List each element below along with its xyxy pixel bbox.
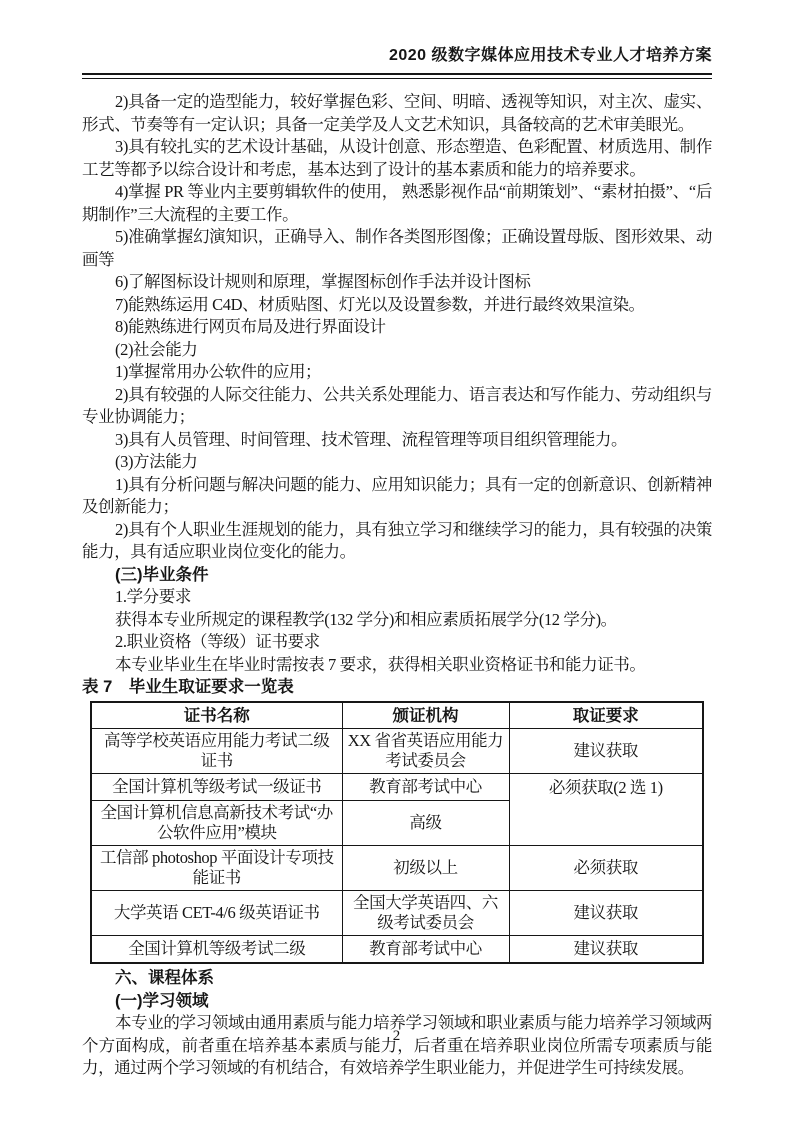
- certificates-table: 证书名称 颁证机构 取证要求 高等学校英语应用能力考试二级证书 XX 省省英语应…: [90, 701, 704, 964]
- cell-certificate-name: 高等学校英语应用能力考试二级证书: [91, 729, 342, 774]
- table-row: 全国计算机等级考试二级 教育部考试中心 建议获取: [91, 936, 703, 964]
- paragraph: 2)具有较强的人际交往能力、公共关系处理能力、语言表达和写作能力、劳动组织与专业…: [82, 384, 712, 429]
- cell-issuer: 高级: [342, 801, 509, 846]
- cell-requirement-merged: 必须获取(2 选 1): [509, 774, 703, 846]
- table-header-row: 证书名称 颁证机构 取证要求: [91, 702, 703, 729]
- cell-certificate-name: 大学英语 CET-4/6 级英语证书: [91, 891, 342, 936]
- table-header-cell-certificate-name: 证书名称: [91, 702, 342, 729]
- subsection-label: (2)社会能力: [82, 339, 712, 362]
- cell-issuer: 教育部考试中心: [342, 774, 509, 801]
- paragraph: 3)具有较扎实的艺术设计基础，从设计创意、形态塑造、色彩配置、材质选用、制作工艺…: [82, 136, 712, 181]
- paragraph: 8)能熟练进行网页布局及进行界面设计: [82, 316, 712, 339]
- cell-issuer: 全国大学英语四、六级考试委员会: [342, 891, 509, 936]
- cell-requirement: 建议获取: [509, 891, 703, 936]
- paragraph: 7)能熟练运用 C4D、材质贴图、灯光以及设置参数，并进行最终效果渲染。: [82, 294, 712, 317]
- cell-issuer: 教育部考试中心: [342, 936, 509, 964]
- table-header-cell-requirement: 取证要求: [509, 702, 703, 729]
- table-caption: 表 7 毕业生取证要求一览表: [82, 676, 712, 698]
- cell-issuer: 初级以上: [342, 846, 509, 891]
- cell-certificate-name: 全国计算机等级考试一级证书: [91, 774, 342, 801]
- subsection-label: (3)方法能力: [82, 451, 712, 474]
- table-row: 高等学校英语应用能力考试二级证书 XX 省省英语应用能力考试委员会 建议获取: [91, 729, 703, 774]
- cell-certificate-name: 全国计算机等级考试二级: [91, 936, 342, 964]
- cell-issuer: XX 省省英语应用能力考试委员会: [342, 729, 509, 774]
- header-title: 2020 级数字媒体应用技术专业人才培养方案: [82, 42, 712, 65]
- paragraph: 6)了解图标设计规则和原理，掌握图标创作手法并设计图标: [82, 271, 712, 294]
- table-row: 工信部 photoshop 平面设计专项技能证书 初级以上 必须获取: [91, 846, 703, 891]
- running-header: 2020 级数字媒体应用技术专业人才培养方案: [82, 42, 712, 79]
- paragraph: 2)具有个人职业生涯规划的能力，具有独立学习和继续学习的能力，具有较强的决策能力…: [82, 519, 712, 564]
- paragraph: 本专业毕业生在毕业时需按表 7 要求，获得相关职业资格证书和能力证书。: [82, 654, 712, 677]
- table-row: 大学英语 CET-4/6 级英语证书 全国大学英语四、六级考试委员会 建议获取: [91, 891, 703, 936]
- page-number: 2: [0, 1028, 793, 1045]
- paragraph: 1)具有分析问题与解决问题的能力、应用知识能力；具有一定的创新意识、创新精神及创…: [82, 474, 712, 519]
- section-heading-learning-domain: (一)学习领域: [82, 990, 712, 1013]
- paragraph: 3)具有人员管理、时间管理、技术管理、流程管理等项目组织管理能力。: [82, 429, 712, 452]
- paragraph: 1.学分要求: [82, 586, 712, 609]
- section-heading-graduation: (三)毕业条件: [82, 564, 712, 587]
- paragraph: 获得本专业所规定的课程教学(132 学分)和相应素质拓展学分(12 学分)。: [82, 609, 712, 632]
- cell-requirement: 建议获取: [509, 729, 703, 774]
- document-body: 2)具备一定的造型能力，较好掌握色彩、空间、明暗、透视等知识，对主次、虚实、形式…: [82, 91, 712, 1080]
- paragraph: 1)掌握常用办公软件的应用；: [82, 361, 712, 384]
- table-header-cell-issuer: 颁证机构: [342, 702, 509, 729]
- document-page: 2020 级数字媒体应用技术专业人才培养方案 2)具备一定的造型能力，较好掌握色…: [0, 0, 793, 1122]
- cell-requirement: 必须获取: [509, 846, 703, 891]
- paragraph: 2)具备一定的造型能力，较好掌握色彩、空间、明暗、透视等知识，对主次、虚实、形式…: [82, 91, 712, 136]
- section-heading-curriculum: 六、课程体系: [82, 967, 712, 990]
- cell-certificate-name: 全国计算机信息高新技术考试“办公软件应用”模块: [91, 801, 342, 846]
- paragraph: 2.职业资格（等级）证书要求: [82, 631, 712, 654]
- paragraph: 4)掌握 PR 等业内主要剪辑软件的使用， 熟悉影视作品“前期策划”、“素材拍摄…: [82, 181, 712, 226]
- table-row: 全国计算机等级考试一级证书 教育部考试中心 必须获取(2 选 1): [91, 774, 703, 801]
- cell-requirement: 建议获取: [509, 936, 703, 964]
- header-double-rule: [82, 73, 712, 79]
- cell-certificate-name: 工信部 photoshop 平面设计专项技能证书: [91, 846, 342, 891]
- paragraph: 本专业的学习领域由通用素质与能力培养学习领域和职业素质与能力培养学习领域两个方面…: [82, 1012, 712, 1080]
- paragraph: 5)准确掌握幻演知识，正确导入、制作各类图形图像；正确设置母版、图形效果、动画等: [82, 226, 712, 271]
